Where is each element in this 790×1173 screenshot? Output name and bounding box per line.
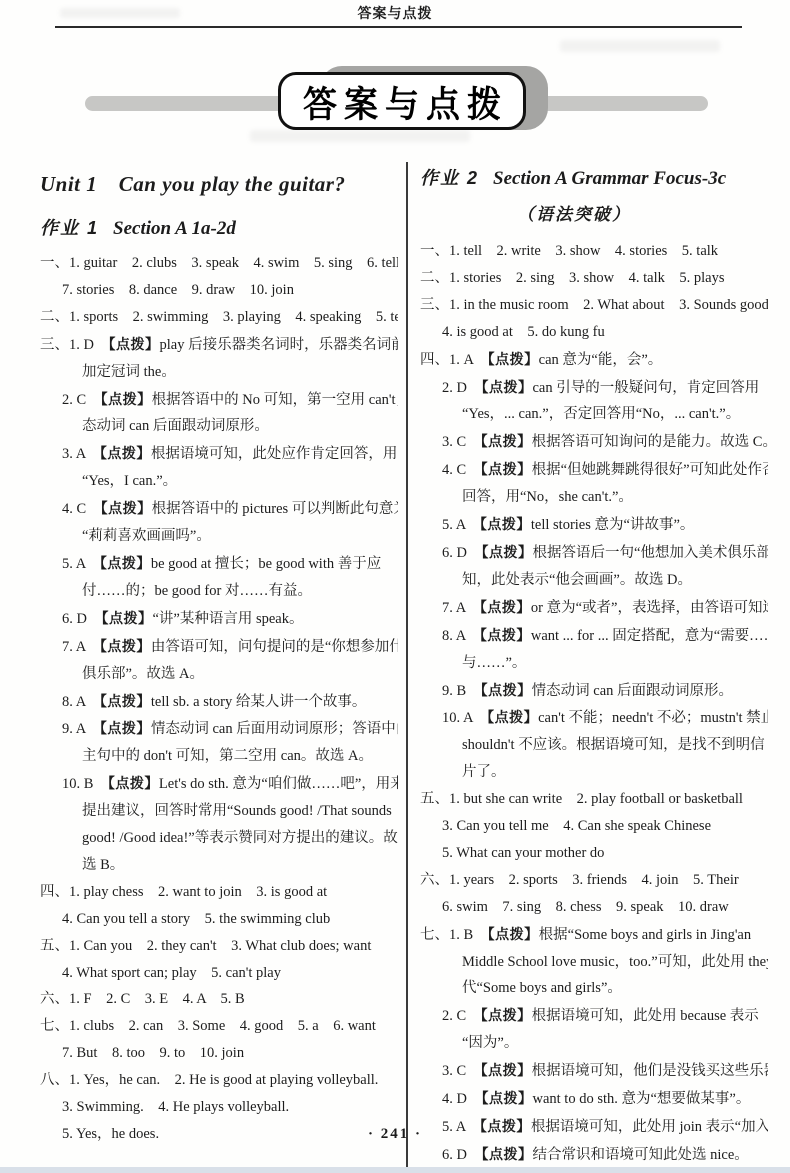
answer-line: 三、1. D 【点拨】play 后接乐器类名词时，乐器类名词前要 [40, 331, 398, 359]
dianbo-marker: 【点拨】 [481, 1146, 532, 1162]
dianbo-marker: 【点拨】 [487, 709, 538, 725]
bleed-through-artifact [560, 40, 720, 52]
dianbo-marker: 【点拨】 [481, 544, 532, 560]
answer-line: 5. A 【点拨】tell stories 意为“讲故事”。 [420, 511, 768, 539]
dianbo-marker: 【点拨】 [481, 1090, 532, 1106]
dianbo-marker: 【点拨】 [481, 1062, 532, 1078]
answer-line: 六、1. years 2. sports 3. friends 4. join … [420, 867, 768, 894]
page-bottom-edge [0, 1167, 790, 1173]
dianbo-marker: 【点拨】 [100, 445, 151, 461]
dianbo-marker: 【点拨】 [481, 379, 532, 395]
answer-line: 五、1. but she can write 2. play football … [420, 786, 768, 813]
answer-line: 八、1. Yes，he can. 2. He is good at playin… [40, 1067, 398, 1094]
answer-line: 2. C 【点拨】根据语境可知，此处用 because 表示 [420, 1002, 768, 1030]
answer-line: 二、1. stories 2. sing 3. show 4. talk 5. … [420, 265, 768, 292]
answer-line: 五、1. Can you 2. they can't 3. What club … [40, 933, 398, 960]
homework-subtitle: （语法突破） [420, 200, 728, 230]
answer-line: “Yes，... can.”，否定回答用“No，... can't.”。 [420, 401, 768, 428]
answer-line: 一、1. tell 2. write 3. show 4. stories 5.… [420, 238, 768, 265]
answer-line: good! /Good idea!”等表示赞同对方提出的建议。故 [40, 825, 398, 852]
answer-line: 四、1. A 【点拨】can 意为“能，会”。 [420, 346, 768, 374]
homework-heading: 作业 1Section A 1a-2d [40, 214, 398, 240]
answer-line: 7. A 【点拨】or 意为“或者”，表选择，由答语可知选 A。 [420, 594, 768, 622]
homework-heading: 作业 2Section A Grammar Focus-3c [420, 164, 768, 190]
answer-line: 俱乐部”。故选 A。 [40, 661, 398, 688]
answer-line: 付……的；be good for 对……有益。 [40, 578, 398, 605]
answer-line: 片了。 [420, 759, 768, 786]
answer-line: “Yes，I can.”。 [40, 468, 398, 495]
dianbo-marker: 【点拨】 [488, 926, 539, 942]
dianbo-marker: 【点拨】 [100, 638, 151, 654]
answer-line: shouldn't 不应该。根据语境可知，是找不到明信 [420, 732, 768, 759]
title-banner: 答案与点拨 [0, 60, 790, 140]
answer-line: “因为”。 [420, 1030, 768, 1057]
homework-title: Section A 1a-2d [113, 218, 236, 239]
banner-bar-left [85, 96, 285, 111]
answer-line: 4. C 【点拨】根据“但她跳舞跳得很好”可知此处作否定 [420, 456, 768, 484]
dianbo-marker: 【点拨】 [100, 720, 151, 736]
answer-line: 3. A 【点拨】根据语境可知，此处应作肯定回答，用 [40, 440, 398, 468]
answer-line: 二、1. sports 2. swimming 3. playing 4. sp… [40, 304, 398, 331]
dianbo-marker: 【点拨】 [100, 693, 151, 709]
bleed-through-artifact [60, 8, 180, 18]
answer-line: 态动词 can 后面跟动词原形。 [40, 413, 398, 440]
answer-line: 七、1. B 【点拨】根据“Some boys and girls in Jin… [420, 921, 768, 949]
answer-line: 10. A 【点拨】can't 不能；needn't 不必；mustn't 禁止… [420, 704, 768, 732]
homework-label: 作业 2 [420, 168, 479, 188]
dianbo-marker: 【点拨】 [108, 775, 159, 791]
answer-line: 8. A 【点拨】want ... for ... 固定搭配，意为“需要……参 [420, 622, 768, 650]
dianbo-marker: 【点拨】 [101, 391, 152, 407]
answer-line: 主句中的 don't 可知，第二空用 can。故选 A。 [40, 743, 398, 770]
homework-title: Section A Grammar Focus-3c [493, 168, 726, 189]
answer-line: 4. D 【点拨】want to do sth. 意为“想要做某事”。 [420, 1085, 768, 1113]
dianbo-marker: 【点拨】 [100, 555, 151, 571]
answer-line: 4. is good at 5. do kung fu [420, 319, 768, 346]
answer-line: 2. D 【点拨】can 引导的一般疑问句，肯定回答用 [420, 374, 768, 402]
dianbo-marker: 【点拨】 [108, 336, 159, 352]
answer-line: 9. B 【点拨】情态动词 can 后面跟动词原形。 [420, 677, 768, 705]
answer-line: 与……”。 [420, 650, 768, 677]
answer-line: 2. C 【点拨】根据答语中的 No 可知，第一空用 can't；情 [40, 386, 398, 414]
left-column: Unit 1 Can you play the guitar?作业 1Secti… [40, 162, 406, 1169]
answer-line: 选 B。 [40, 852, 398, 879]
answer-line: Middle School love music，too.”可知，此处用 the… [420, 949, 768, 976]
answer-line: 4. C 【点拨】根据答语中的 pictures 可以判断此句意为 [40, 495, 398, 523]
dianbo-marker: 【点拨】 [480, 516, 531, 532]
answer-line: 3. Swimming. 4. He plays volleyball. [40, 1094, 398, 1121]
answer-line: 10. B 【点拨】Let's do sth. 意为“咱们做……吧”，用来 [40, 770, 398, 798]
answer-line: 6. D 【点拨】“讲”某种语言用 speak。 [40, 605, 398, 633]
answer-line: 6. swim 7. sing 8. chess 9. speak 10. dr… [420, 894, 768, 921]
answer-line: 7. stories 8. dance 9. draw 10. join [40, 277, 398, 304]
dianbo-marker: 【点拨】 [101, 500, 152, 516]
banner-title: 答案与点拨 [296, 75, 508, 126]
dianbo-marker: 【点拨】 [488, 351, 539, 367]
dianbo-marker: 【点拨】 [480, 599, 531, 615]
answer-line: 7. But 8. too 9. to 10. join [40, 1040, 398, 1067]
answer-line: 七、1. clubs 2. can 3. Some 4. good 5. a 6… [40, 1013, 398, 1040]
answer-line: 回答，用“No，she can't.”。 [420, 484, 768, 511]
dianbo-marker: 【点拨】 [481, 461, 532, 477]
dianbo-marker: 【点拨】 [101, 610, 152, 626]
answer-line: 6. D 【点拨】结合常识和语境可知此处选 nice。 [420, 1141, 768, 1169]
dianbo-marker: 【点拨】 [481, 1007, 532, 1023]
answer-line: 9. A 【点拨】情态动词 can 后面用动词原形；答语中由 [40, 715, 398, 743]
answer-line: 加定冠词 the。 [40, 359, 398, 386]
header-rule [55, 26, 742, 28]
dianbo-marker: 【点拨】 [481, 433, 532, 449]
dianbo-marker: 【点拨】 [481, 682, 532, 698]
answer-line: 5. What can your mother do [420, 840, 768, 867]
answer-line: 三、1. in the music room 2. What about 3. … [420, 292, 768, 319]
answer-line: 6. D 【点拨】根据答语后一句“他想加入美术俱乐部”可 [420, 539, 768, 567]
homework-label: 作业 1 [40, 218, 99, 238]
banner-box: 答案与点拨 [278, 72, 526, 130]
right-column: 作业 2Section A Grammar Focus-3c（语法突破）一、1.… [406, 162, 768, 1169]
unit-title: Unit 1 Can you play the guitar? [40, 168, 398, 198]
answer-line: 知，此处表示“他会画画”。故选 D。 [420, 567, 768, 594]
answer-line: 一、1. guitar 2. clubs 3. speak 4. swim 5.… [40, 250, 398, 277]
dianbo-marker: 【点拨】 [480, 627, 531, 643]
answer-line: 3. C 【点拨】根据答语可知询问的是能力。故选 C。 [420, 428, 768, 456]
answer-line: 3. C 【点拨】根据语境可知，他们是没钱买这些乐器。 [420, 1057, 768, 1085]
answer-line: “莉莉喜欢画画吗”。 [40, 523, 398, 550]
answer-line: 六、1. F 2. C 3. E 4. A 5. B [40, 986, 398, 1013]
answer-line: 5. A 【点拨】be good at 擅长；be good with 善于应 [40, 550, 398, 578]
answer-line: 四、1. play chess 2. want to join 3. is go… [40, 879, 398, 906]
answer-line: 7. A 【点拨】由答语可知，问句提问的是“你想参加什么 [40, 633, 398, 661]
answer-body: Unit 1 Can you play the guitar?作业 1Secti… [40, 162, 768, 1169]
answer-line: 4. Can you tell a story 5. the swimming … [40, 906, 398, 933]
answer-line: 提出建议，回答时常用“Sounds good! /That sounds [40, 798, 398, 825]
answer-line: 代“Some boys and girls”。 [420, 975, 768, 1002]
page-number: · 241 · [0, 1126, 790, 1143]
answer-line: 8. A 【点拨】tell sb. a story 给某人讲一个故事。 [40, 688, 398, 716]
answer-line: 4. What sport can; play 5. can't play [40, 960, 398, 987]
answer-line: 3. Can you tell me 4. Can she speak Chin… [420, 813, 768, 840]
